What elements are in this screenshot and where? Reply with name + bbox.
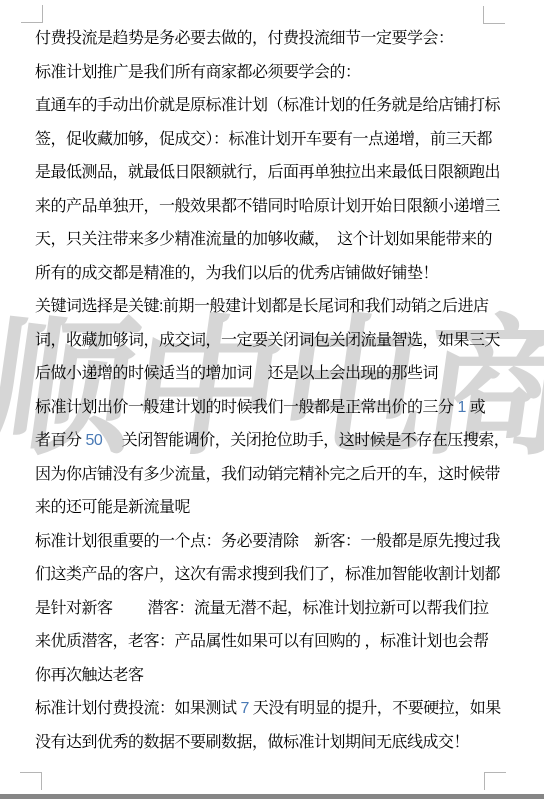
- text-line: 来优质潜客，老客：产品属性如果可以有回购的 ，标准计划也会帮: [35, 625, 523, 659]
- text-line: 标准计划付费投流：如果测试 7 天没有明显的提升，不要硬拉，如果: [35, 692, 523, 726]
- document-page: 顺中电商 付费投流是趋势是务必要去做的，付费投流细节一定要学会： 标准计划推广是…: [0, 0, 544, 799]
- text-line: 者百分 50 关闭智能调价，关闭抢位助手，这时候是不存在压搜索，: [35, 424, 523, 458]
- text-line: 关键词选择是关键:前期一般建计划都是长尾词和我们动销之后进店: [35, 290, 523, 324]
- text-line: 是最低测品，就最低日限额就行，后面再单独拉出来最低日限额跑出: [35, 156, 523, 190]
- text-line: 直通车的手动出价就是原标准计划（标准计划的任务就是给店铺打标: [35, 89, 523, 123]
- crop-mark-top-right: [483, 6, 505, 24]
- text-line: 标准计划推广是我们所有商家都必须要学会的：: [35, 56, 523, 90]
- crop-mark-bottom-left: [20, 772, 42, 790]
- text-line: 后做小递增的时候适当的增加词 还是以上会出现的那些词: [35, 357, 523, 391]
- crop-mark-top-left: [21, 5, 43, 23]
- text-line: 标准计划出价一般建计划的时候我们一般都是正常出价的三分 1 或: [35, 391, 523, 425]
- text-line: 所有的成交都是精准的，为我们以后的优秀店铺做好铺垫！: [35, 257, 523, 291]
- text-line: 因为你店铺没有多少流量，我们动销完精补完之后开的车，这时候带: [35, 458, 523, 492]
- text-line: 签，促收藏加够，促成交）：标准计划开车要有一点递增，前三天都: [35, 123, 523, 157]
- document-body[interactable]: 付费投流是趋势是务必要去做的，付费投流细节一定要学会： 标准计划推广是我们所有商…: [35, 22, 523, 759]
- text-line: 没有达到优秀的数据不要刷数据，做标准计划期间无底线成交！: [35, 726, 523, 760]
- text-line: 是针对新客 潜客：流量无潜不起，标准计划拉新可以帮我们拉: [35, 592, 523, 626]
- text-line: 词，收藏加够词，成交词，一定要关闭词包关闭流量智选，如果三天: [35, 324, 523, 358]
- text-line: 们这类产品的客户，这次有需求搜到我们了，标准加智能收割计划都: [35, 558, 523, 592]
- text-line: 天，只关注带来多少精准流量的加够收藏， 这个计划如果能带来的: [35, 223, 523, 257]
- text-line: 来的产品单独开，一般效果都不错同时哈原计划开始日限额小递增三: [35, 190, 523, 224]
- text-line: 标准计划很重要的一个点：务必要清除 新客：一般都是原先搜过我: [35, 525, 523, 559]
- text-line: 你再次触达老客: [35, 659, 523, 693]
- text-line: 付费投流是趋势是务必要去做的，付费投流细节一定要学会：: [35, 22, 523, 56]
- crop-mark-bottom-right: [484, 772, 506, 790]
- text-line: 来的还可能是新流量呢: [35, 491, 523, 525]
- page-bottom-edge: [0, 794, 544, 799]
